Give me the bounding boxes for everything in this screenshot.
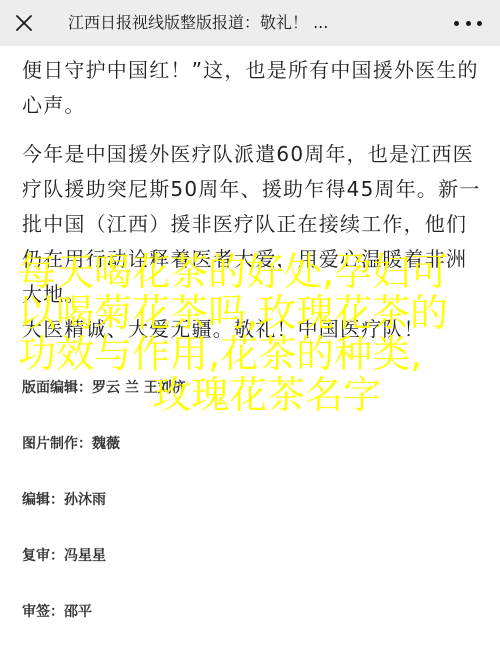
credit-editor: 编辑：孙沐雨 — [22, 490, 186, 510]
top-bar: 江西日报视线版整版报道：敬礼！ ... — [0, 0, 500, 46]
more-dots-icon — [477, 21, 482, 26]
credit-image-producer: 图片制作：魏薇 — [22, 434, 186, 454]
credits-section: 版面编辑：罗云 兰 王刘济 图片制作：魏薇 编辑：孙沐雨 复审：冯星星 审签：邵… — [22, 378, 186, 658]
more-dots-icon — [454, 21, 459, 26]
article-paragraph: 大医精诚、大爱无疆。敬礼！中国医疗队！ — [22, 312, 482, 347]
page-title: 江西日报视线版整版报道：敬礼！ ... — [68, 12, 408, 34]
article-body: 便日守护中国红！”这，也是所有中国援外医生的心声。 今年是中国援外医疗队派遣60… — [22, 46, 482, 347]
credit-layout-editor: 版面编辑：罗云 兰 王刘济 — [22, 378, 186, 398]
credit-approver: 审签：邵平 — [22, 602, 186, 622]
close-icon — [12, 11, 36, 35]
more-options-button[interactable] — [454, 14, 482, 32]
credit-reviewer: 复审：冯星星 — [22, 546, 186, 566]
more-dots-icon — [466, 21, 471, 26]
article-paragraph: 便日守护中国红！”这，也是所有中国援外医生的心声。 — [22, 53, 482, 123]
close-button[interactable] — [12, 11, 36, 35]
article-paragraph: 今年是中国援外医疗队派遣60周年，也是江西医疗队援助突尼斯50周年、援助乍得45… — [22, 137, 482, 312]
